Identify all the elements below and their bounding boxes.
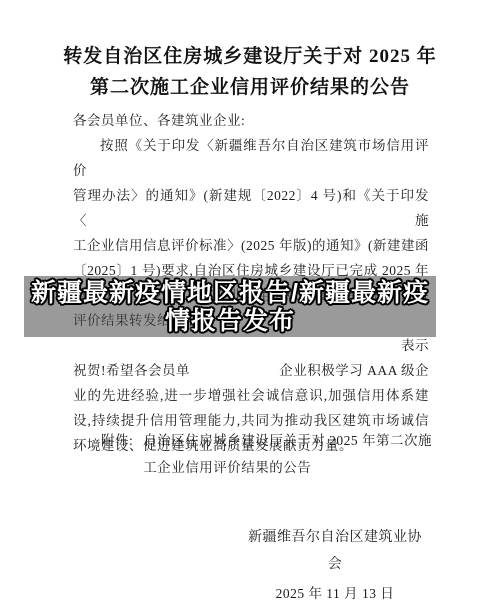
visible-line-left: 祝贺!希望各会员单 [73, 358, 190, 383]
attachment-block: 附件: 自治区住房城乡建设厅关于对 2025 年第二次施 工企业信用评价结果的公… [101, 427, 432, 481]
signature-block: 新疆维吾尔自治区建筑业协会 2025 年 11 月 13 日 [242, 524, 428, 607]
visible-line-tail: 表示 [401, 338, 429, 353]
signature-date: 2025 年 11 月 13 日 [242, 580, 428, 607]
headline-overlay-line-1: 新疆最新疫情地区报告/新疆最新疫 [31, 279, 429, 307]
salutation: 各会员单位、各建筑业企业: [73, 108, 429, 133]
attachment-text: 自治区住房城乡建设厅关于对 2025 年第二次施 工企业信用评价结果的公告 [143, 427, 432, 481]
notice-title-line-1: 转发自治区住房城乡建设厅关于对 2025 年 [0, 41, 500, 72]
attachment-label: 附件: [101, 427, 133, 481]
attachment-line-1: 自治区住房城乡建设厅关于对 2025 年第二次施 [143, 427, 432, 454]
headline-overlay-band: 新疆最新疫情地区报告/新疆最新疫 情报告发布 [24, 276, 436, 337]
body-line: 业的先进经验,进一步增强社会诚信意识,加强信用体系建 [73, 383, 429, 408]
body-line-partially-hidden: 祝贺!希望各会员单 企业积极学习 AAA 级企 [73, 358, 429, 383]
document-page: 转发自治区住房城乡建设厅关于对 2025 年 第二次施工企业信用评价结果的公告 … [0, 0, 500, 612]
headline-overlay-line-2: 情报告发布 [165, 307, 295, 335]
notice-title-line-2: 第二次施工企业信用评价结果的公告 [0, 72, 500, 103]
body-line: 工企业信用信息评价标准〉(2025 年版)的通知》(新建建函 [73, 233, 429, 258]
attachment-line-2: 工企业信用评价结果的公告 [143, 454, 432, 481]
signature-organization: 新疆维吾尔自治区建筑业协会 [242, 524, 428, 578]
body-line: 按照《关于印发〈新疆维吾尔自治区建筑市场信用评价 [73, 133, 429, 183]
body-line: 管理办法〉的通知》(新建规〔2022〕4 号)和《关于印发〈施 [73, 183, 429, 233]
visible-line-right: 企业积极学习 AAA 级企 [279, 358, 429, 383]
notice-title: 转发自治区住房城乡建设厅关于对 2025 年 第二次施工企业信用评价结果的公告 [0, 41, 500, 103]
